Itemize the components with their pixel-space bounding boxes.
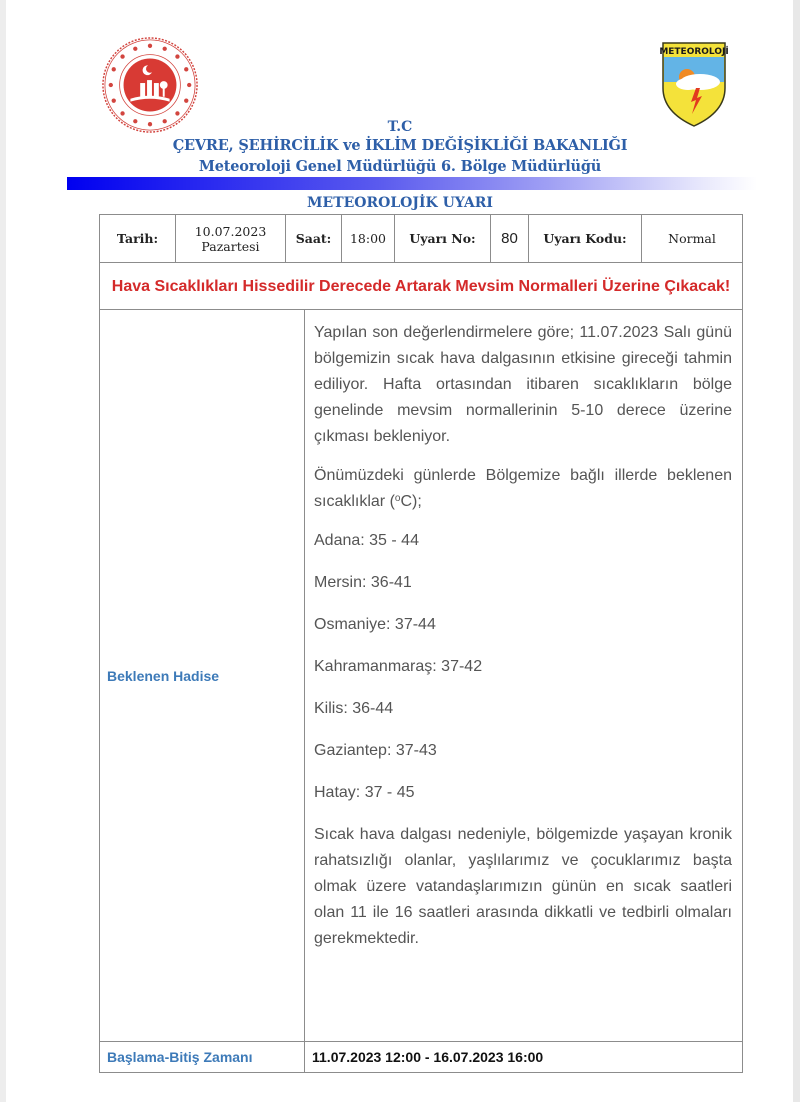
period-row: Başlama-Bitiş Zamanı 11.07.2023 12:00 - … — [100, 1042, 742, 1072]
warning-no-cell: 80 — [491, 215, 529, 262]
city-temp-gaziantep: Gaziantep: 37-43 — [314, 738, 732, 764]
event-row: Beklenen Hadise Yapılan son değerlendirm… — [100, 310, 742, 1042]
warning-no-value: 80 — [501, 231, 518, 246]
warning-table: Tarih: 10.07.2023 Pazartesi Saat: 18:00 … — [99, 214, 743, 1073]
warning-no-label: Uyarı No: — [395, 215, 491, 262]
warning-code-cell: Normal — [642, 215, 742, 262]
meta-row: Tarih: 10.07.2023 Pazartesi Saat: 18:00 … — [100, 215, 742, 263]
header-gradient-bar — [67, 177, 757, 190]
event-advice: Sıcak hava dalgası nedeniyle, bölgemizde… — [314, 822, 732, 952]
svg-text:METEOROLOJİ: METEOROLOJİ — [660, 46, 728, 57]
warning-code-label: Uyarı Kodu: — [529, 215, 642, 262]
city-temp-adana: Adana: 35 - 44 — [314, 528, 732, 554]
city-temp-kilis: Kilis: 36-44 — [314, 696, 732, 722]
date-label: Tarih: — [100, 215, 176, 262]
date-cell: 10.07.2023 Pazartesi — [176, 215, 286, 262]
header-tc: T.C — [0, 119, 800, 135]
city-temp-kahramanmaras: Kahramanmaraş: 37-42 — [314, 654, 732, 680]
period-value: 11.07.2023 12:00 - 16.07.2023 16:00 — [305, 1042, 742, 1072]
warning-headline: Hava Sıcaklıkları Hissedilir Derecede Ar… — [100, 263, 742, 310]
date-value: 10.07.2023 — [195, 224, 267, 239]
header-ministry: ÇEVRE, ŞEHİRCİLİK ve İKLİM DEĞİŞİKLİĞİ B… — [0, 137, 800, 154]
document-title: METEOROLOJİK UYARI — [0, 195, 800, 211]
time-label: Saat: — [286, 215, 342, 262]
city-temp-mersin: Mersin: 36-41 — [314, 570, 732, 596]
city-temp-osmaniye: Osmaniye: 37-44 — [314, 612, 732, 638]
city-temp-hatay: Hatay: 37 - 45 — [314, 780, 732, 806]
warning-code-value: Normal — [668, 231, 716, 246]
time-value: 18:00 — [342, 215, 395, 262]
header-directorate: Meteoroloji Genel Müdürlüğü 6. Bölge Müd… — [0, 158, 800, 175]
event-content: Yapılan son değerlendirmelere göre; 11.0… — [305, 310, 742, 1041]
period-label: Başlama-Bitiş Zamanı — [100, 1042, 305, 1072]
meteoroloji-logo-icon: METEOROLOJİ — [660, 40, 728, 128]
day-value: Pazartesi — [195, 239, 267, 254]
event-label: Beklenen Hadise — [100, 310, 305, 1041]
temps-intro: Önümüzdeki günlerde Bölgemize bağlı ille… — [314, 463, 732, 515]
event-intro: Yapılan son değerlendirmelere göre; 11.0… — [314, 320, 732, 450]
